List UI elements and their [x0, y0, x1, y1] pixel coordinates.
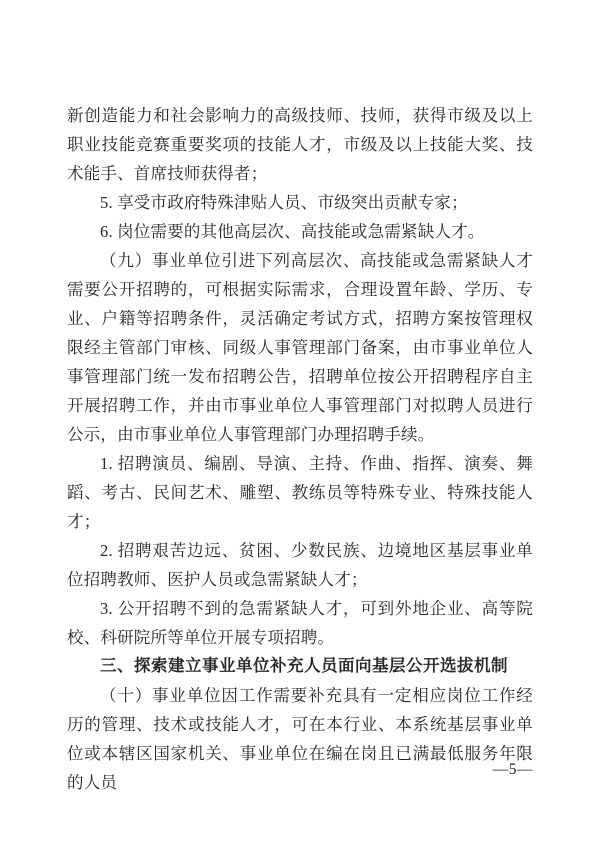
paragraph-continuation: 新创造能力和社会影响力的高级技师、技师，获得市级及以上职业技能竞赛重要奖项的技能… — [67, 101, 533, 188]
paragraph-clause-10: （十）事业单位因工作需要补充具有一定相应岗位工作经历的管理、技术或技能人才，可在… — [67, 681, 533, 797]
document-sheet: 新创造能力和社会影响力的高级技师、技师，获得市级及以上职业技能竞赛重要奖项的技能… — [0, 0, 606, 851]
numbered-item-2: 2. 招聘艰苦边远、贫困、少数民族、边境地区基层事业单位招聘教师、医护人员或急需… — [67, 536, 533, 594]
section-heading-3: 三、探索建立事业单位补充人员面向基层公开选拔机制 — [67, 652, 533, 681]
numbered-item-1: 1. 招聘演员、编剧、导演、主持、作曲、指挥、演奏、舞蹈、考古、民间艺术、雕塑、… — [67, 449, 533, 536]
numbered-item-5: 5. 享受市政府特殊津贴人员、市级突出贡献专家； — [67, 188, 533, 217]
document-page: { "document": { "language": "zh-CN", "te… — [0, 0, 606, 851]
numbered-item-6: 6. 岗位需要的其他高层次、高技能或急需紧缺人才。 — [67, 217, 533, 246]
page-number: —5— — [67, 761, 533, 779]
document-body: 新创造能力和社会影响力的高级技师、技师，获得市级及以上职业技能竞赛重要奖项的技能… — [67, 101, 533, 797]
paragraph-clause-9: （九）事业单位引进下列高层次、高技能或急需紧缺人才需要公开招聘的，可根据实际需求… — [67, 246, 533, 449]
numbered-item-3: 3. 公开招聘不到的急需紧缺人才，可到外地企业、高等院校、科研院所等单位开展专项… — [67, 594, 533, 652]
